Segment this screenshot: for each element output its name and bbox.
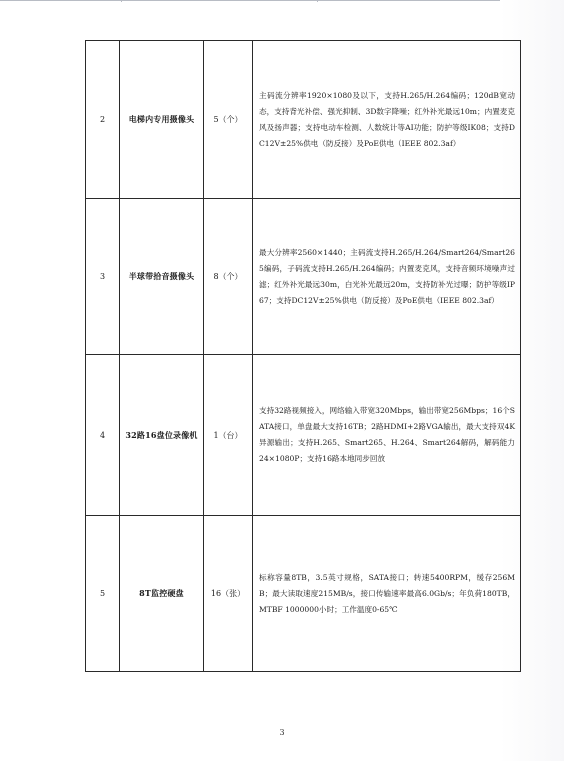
divider xyxy=(317,0,318,2)
viewer-top-border xyxy=(0,0,564,1)
item-quantity: 1（台） xyxy=(204,355,253,516)
equipment-spec-table: 2 电梯内专用摄像头 5（个） 主码流分辨率1920×1080及以下，支持H.2… xyxy=(85,40,521,672)
item-name: 半球带拾音摄像头 xyxy=(120,199,204,355)
item-quantity: 5（个） xyxy=(204,41,253,199)
table-row: 3 半球带拾音摄像头 8（个） 最大分辨率2560×1440；主码流支持H.26… xyxy=(86,199,521,355)
item-quantity: 8（个） xyxy=(204,199,253,355)
table-row: 4 32路16盘位录像机 1（台） 支持32路视频接入，网络输入带宽320Mbp… xyxy=(86,355,521,516)
row-index: 3 xyxy=(86,199,120,355)
item-name: 电梯内专用摄像头 xyxy=(120,41,204,199)
row-index: 2 xyxy=(86,41,120,199)
row-index: 5 xyxy=(86,516,120,672)
row-index: 4 xyxy=(86,355,120,516)
item-description: 支持32路视频接入，网络输入带宽320Mbps，输出带宽256Mbps；16个S… xyxy=(253,355,521,516)
item-description: 最大分辨率2560×1440；主码流支持H.265/H.264/Smart264… xyxy=(253,199,521,355)
item-quantity: 16（张） xyxy=(204,516,253,672)
table-row: 5 8T监控硬盘 16（张） 标称容量8TB，3.5英寸规格，SATA接口；转速… xyxy=(86,516,521,672)
item-name: 8T监控硬盘 xyxy=(120,516,204,672)
table-row: 2 电梯内专用摄像头 5（个） 主码流分辨率1920×1080及以下，支持H.2… xyxy=(86,41,521,199)
item-description: 标称容量8TB，3.5英寸规格，SATA接口；转速5400RPM，缓存256MB… xyxy=(253,516,521,672)
item-description: 主码流分辨率1920×1080及以下，支持H.265/H.264编码；120dB… xyxy=(253,41,521,199)
item-name: 32路16盘位录像机 xyxy=(120,355,204,516)
page-number: 3 xyxy=(0,728,564,737)
divider xyxy=(121,0,122,2)
